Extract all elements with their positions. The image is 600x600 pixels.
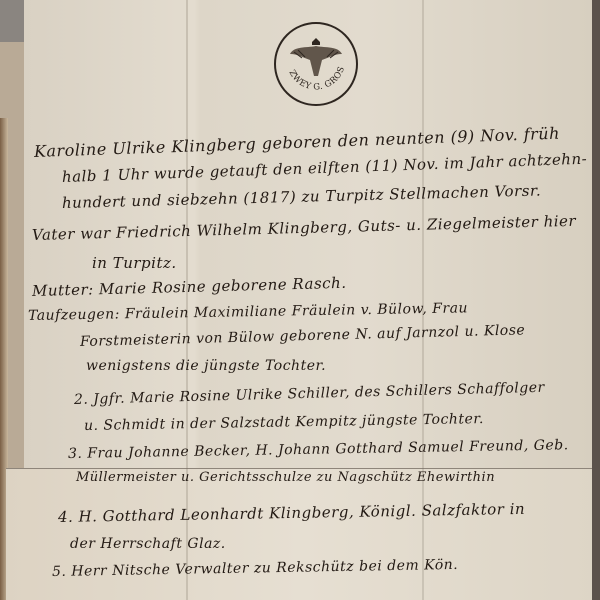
text-line: in Turpitz. <box>92 254 177 272</box>
text-line: wenigstens die jüngste Tochter. <box>86 358 326 374</box>
background-right <box>592 0 600 600</box>
eagle-icon: ZWEY G. GROSCHEN <box>276 24 356 104</box>
tax-stamp: ZWEY G. GROSCHEN <box>274 22 358 106</box>
document-page-lower-fold <box>6 468 596 600</box>
text-line: Müllermeister u. Gerichtsschulze zu Nags… <box>76 470 495 485</box>
text-line: der Herrschaft Glaz. <box>70 536 226 552</box>
